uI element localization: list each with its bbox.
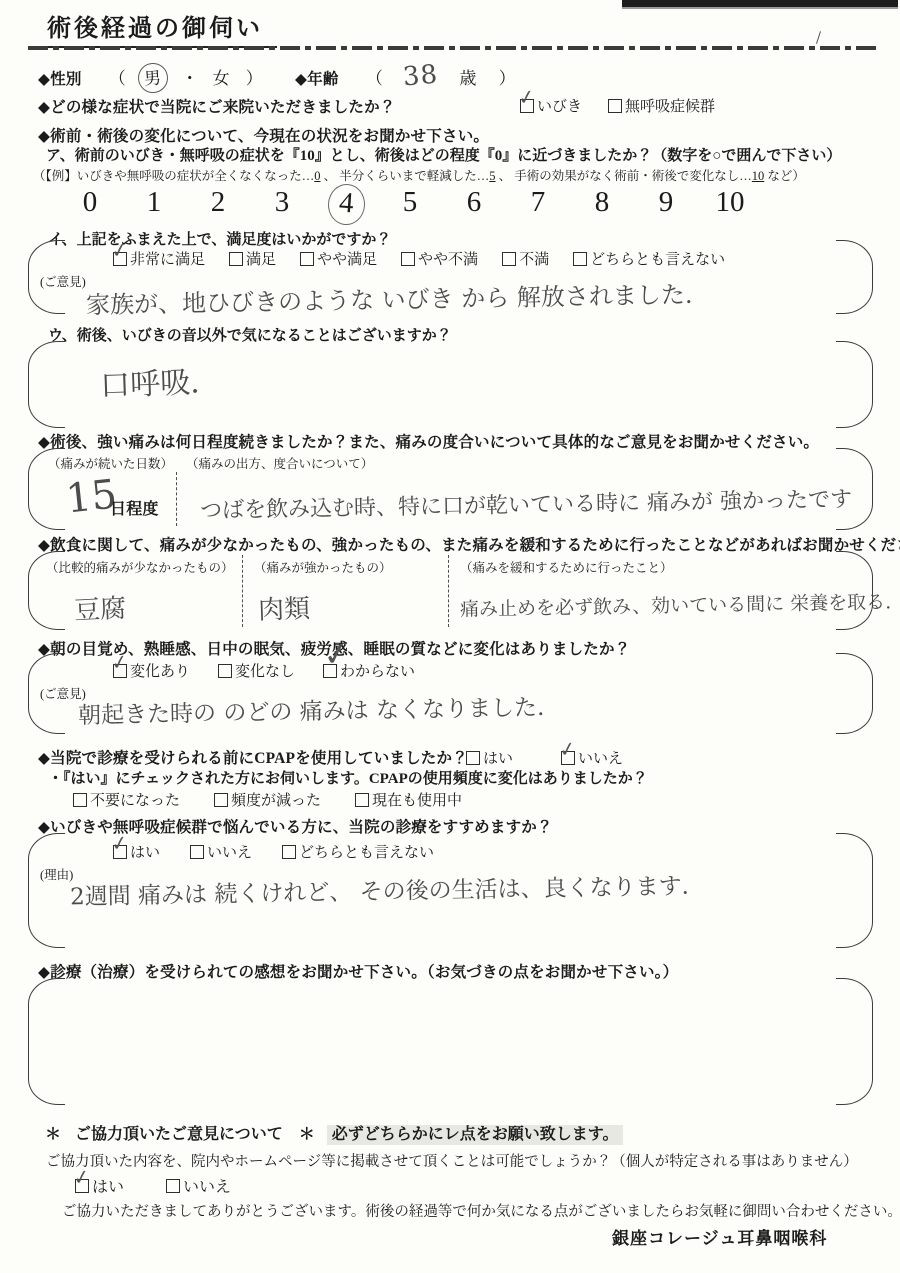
satisfaction-answer-box: ✓非常に満足 ✓満足 ✓やや満足 ✓やや不満 ✓不満 ✓どちらとも言えない (ご…: [28, 240, 873, 314]
consent-yes-option[interactable]: ✓はい: [75, 1174, 124, 1197]
checkbox[interactable]: ✓: [520, 99, 534, 113]
symptom-option-mukokyu[interactable]: ✓ 無呼吸症候群: [608, 95, 715, 116]
checkbox[interactable]: ✓: [113, 845, 127, 859]
column-divider: [448, 555, 449, 627]
checkbox[interactable]: ✓: [608, 99, 622, 113]
scale-number-5[interactable]: 5: [397, 184, 424, 222]
recommend-option[interactable]: ✓どちらとも言えない: [282, 841, 434, 862]
scale-number-9[interactable]: 9: [653, 184, 680, 222]
page-title: 術後経過の御伺い: [45, 8, 277, 48]
checkbox-label: どちらとも言えない: [299, 841, 434, 862]
recommend-answer-box: ✓はい ✓いいえ ✓どちらとも言えない (理由) 2週間 痛みは 続くけれど、 …: [28, 833, 873, 948]
change-example: （【例】いびきや無呼吸の症状が全くなくなった…0 、 半分くらいまで軽減した…5…: [33, 166, 805, 184]
questionnaire-page: 術後経過の御伺い ◆性別 （ 男 ・ 女 ） ◆年齢 （ 38 歳 ） ◆どの様…: [0, 0, 900, 1273]
pain-answer-box: （痛みが続いた日数） （痛みの出方、度合いについて） 15 日程度 つばを飲み込…: [28, 448, 873, 530]
checkbox[interactable]: ✓: [166, 1179, 180, 1193]
food-col1-label: （比較的痛みが少なかったもの）: [46, 558, 234, 576]
checkbox-label: やや満足: [317, 248, 377, 269]
consent-title-row: ＊ ご協力頂いたご意見について ＊ 必ずどちらかにレ点をお願い致します。: [45, 1121, 623, 1144]
checkbox[interactable]: ✓: [355, 793, 369, 807]
cpap-option[interactable]: ✓不要になった: [73, 789, 180, 810]
impression-answer-box[interactable]: [28, 978, 873, 1105]
scan-artifact-bar: [622, 0, 898, 7]
change-sub-a: ア、術前のいびき・無呼吸の症状を『10』とし、術後はどの程度『0』に近づきました…: [46, 144, 841, 165]
pen-tick-mark: [816, 31, 821, 44]
pain-detail-label: （痛みの出方、度合いについて）: [186, 454, 373, 472]
age-label: ◆年齢: [295, 71, 339, 88]
checkbox-label: やや不満: [418, 248, 478, 269]
symptom-option-ibiki[interactable]: ✓ いびき: [520, 95, 582, 116]
reason-label: (理由): [40, 865, 73, 883]
checkbox-label: 変化なし: [235, 660, 295, 681]
sleep-option[interactable]: ✓わからない: [323, 660, 415, 681]
pain-detail-handwritten[interactable]: つばを飲み込む時、特に口が乾いている時に 痛みが 強かったです: [200, 482, 852, 524]
checkbox-label: はい: [92, 1174, 124, 1197]
checkbox-label: 満足: [246, 248, 276, 269]
checkbox-label: いいえ: [183, 1174, 231, 1197]
checkbox[interactable]: ✓: [113, 252, 127, 266]
column-divider: [176, 472, 177, 526]
cpap-no-option[interactable]: ✓いいえ: [561, 747, 623, 768]
check-mark: ✓: [557, 737, 577, 760]
thanks-message: ご協力いただきましてありがとうございます。術後の経過等で何か気になる点がございま…: [62, 1200, 900, 1221]
checkbox-label: 不要になった: [90, 789, 180, 810]
section-divider-rule: [28, 46, 881, 50]
scale-number-3[interactable]: 3: [269, 184, 296, 222]
check-mark: ✓: [109, 831, 129, 854]
checkbox[interactable]: ✓: [561, 751, 575, 765]
checkbox-label: いびき: [537, 95, 582, 116]
cpap-option[interactable]: ✓頻度が減った: [214, 789, 321, 810]
checkbox[interactable]: ✓: [502, 252, 516, 266]
column-divider: [242, 555, 243, 627]
satisfaction-option[interactable]: ✓やや満足: [300, 248, 377, 269]
checkbox-label: 無呼吸症候群: [625, 95, 715, 116]
clinic-name: 銀座コレージュ耳鼻咽喉科: [612, 1224, 827, 1249]
pain-days-unit: 日程度: [110, 496, 159, 519]
pain-days-label: （痛みが続いた日数）: [48, 454, 173, 472]
star-mark: ＊: [45, 1126, 61, 1143]
checkbox[interactable]: ✓: [401, 252, 415, 266]
sleep-comment-handwritten[interactable]: 朝起きた時の のどの 痛みは なくなりました.: [78, 689, 545, 730]
cpap-yes-option[interactable]: ✓はい: [466, 747, 513, 768]
checkbox[interactable]: ✓: [466, 751, 480, 765]
symptom-question: ◆どの様な症状で当院にご来院いただきましたか？: [38, 95, 396, 117]
consent-question: ご協力頂いた内容を、院内やホームページ等に掲載させて頂くことは可能でしょうか？（…: [46, 1150, 858, 1171]
scale-number-0[interactable]: 0: [77, 184, 104, 222]
checkbox-label: 頻度が減った: [231, 789, 321, 810]
sound-answer-handwritten[interactable]: 口呼吸.: [99, 357, 200, 404]
checkbox[interactable]: ✓: [73, 793, 87, 807]
gender-female-option[interactable]: 女: [213, 69, 231, 88]
recommend-option[interactable]: ✓はい: [113, 841, 160, 862]
age-value-handwritten[interactable]: 38: [402, 60, 440, 93]
scale-number-1[interactable]: 1: [141, 184, 168, 222]
check-mark: ✓: [516, 85, 536, 108]
star-mark: ＊: [299, 1126, 315, 1143]
checkbox[interactable]: ✓: [229, 252, 243, 266]
change-heading: ◆術前・術後の変化について、今現在の状況をお聞かせ下さい。: [38, 124, 489, 146]
checkbox-label: いいえ: [578, 747, 623, 768]
checkbox-label: 現在も使用中: [372, 789, 462, 810]
checkbox-label: はい: [130, 841, 160, 862]
checkbox[interactable]: ✓: [300, 252, 314, 266]
consent-bold-note: 必ずどちらかにレ点をお願い致します。: [327, 1125, 624, 1145]
gender-label: ◆性別: [38, 71, 82, 88]
profile-row: ◆性別 （ 男 ・ 女 ） ◆年齢 （ 38 歳 ）: [38, 61, 517, 93]
scale-number-2[interactable]: 2: [205, 184, 232, 222]
checkbox[interactable]: ✓: [323, 664, 337, 678]
food-col1-handwritten[interactable]: 豆腐: [73, 588, 127, 628]
recommend-reason-handwritten[interactable]: 2週間 痛みは 続くけれど、 その後の生活は、良くなります.: [70, 868, 689, 912]
checkbox-label: 不満: [519, 248, 549, 269]
cpap-question2: ・『はい』にチェックされた方にお伺いします。CPAPの使用頻度に変化はありました…: [48, 767, 648, 788]
checkbox[interactable]: ✓: [113, 664, 127, 678]
checkbox[interactable]: ✓: [573, 252, 587, 266]
satisfaction-option[interactable]: ✓どちらとも言えない: [573, 248, 725, 269]
checkbox[interactable]: ✓: [214, 793, 228, 807]
checkbox-label: はい: [483, 747, 513, 768]
satisfaction-option[interactable]: ✓やや不満: [401, 248, 478, 269]
checkbox[interactable]: ✓: [282, 845, 296, 859]
satisfaction-option[interactable]: ✓非常に満足: [113, 248, 205, 269]
food-col3-handwritten[interactable]: 痛み止めを必ず飲み、効いている間に 栄養を取る.: [460, 587, 892, 622]
sleep-option[interactable]: ✓変化なし: [218, 660, 295, 681]
sound-answer-box: 口呼吸.: [28, 341, 873, 428]
cpap-option[interactable]: ✓現在も使用中: [355, 789, 462, 810]
scale-number-4[interactable]: 4: [326, 183, 365, 226]
food-col2-label: （痛みが強かったもの）: [254, 558, 392, 576]
severity-scale: 0 1 2 3 4 5 6 7 8 9 10: [58, 184, 762, 225]
age-unit: 歳: [459, 69, 477, 88]
checkbox[interactable]: ✓: [190, 845, 204, 859]
checkbox-label: 変化あり: [130, 660, 190, 681]
check-mark: ✓: [109, 650, 129, 673]
checkbox-label: いいえ: [207, 841, 252, 862]
consent-title: ご協力頂いたご意見について: [75, 1126, 283, 1143]
sleep-option[interactable]: ✓変化あり: [113, 660, 190, 681]
check-mark: ✓: [71, 1165, 91, 1188]
sleep-answer-box: ✓変化あり ✓変化なし ✓わからない (ご意見) 朝起きた時の のどの 痛みは …: [28, 653, 873, 734]
satisfaction-comment-handwritten[interactable]: 家族が、地ひびきのような いびき から 解放されました.: [86, 275, 693, 321]
checkbox-label: 非常に満足: [130, 248, 205, 269]
check-mark: ✓: [321, 636, 353, 670]
food-col2-handwritten[interactable]: 肉類: [257, 588, 310, 627]
satisfaction-option[interactable]: ✓不満: [502, 248, 549, 269]
check-mark: ✓: [109, 238, 129, 261]
food-answer-box: （比較的痛みが少なかったもの） （痛みが強かったもの） （痛みを緩和するために行…: [28, 551, 873, 630]
opinion-label: (ご意見): [40, 272, 86, 290]
gender-male-option[interactable]: 男: [137, 62, 169, 94]
scale-number-7[interactable]: 7: [525, 184, 552, 222]
consent-no-option[interactable]: ✓いいえ: [166, 1174, 231, 1197]
checkbox[interactable]: ✓: [218, 664, 232, 678]
scale-number-6[interactable]: 6: [461, 184, 488, 222]
satisfaction-option[interactable]: ✓満足: [229, 248, 276, 269]
checkbox[interactable]: ✓: [75, 1179, 89, 1193]
checkbox-label: どちらとも言えない: [590, 248, 725, 269]
scale-number-10[interactable]: 10: [710, 184, 751, 222]
recommend-option[interactable]: ✓いいえ: [190, 841, 252, 862]
food-col3-label: （痛みを緩和するために行ったこと）: [460, 558, 673, 576]
scale-number-8[interactable]: 8: [589, 184, 616, 222]
cpap-question1: ◆当院で診療を受けられる前にCPAPを使用していましたか？: [38, 746, 468, 768]
